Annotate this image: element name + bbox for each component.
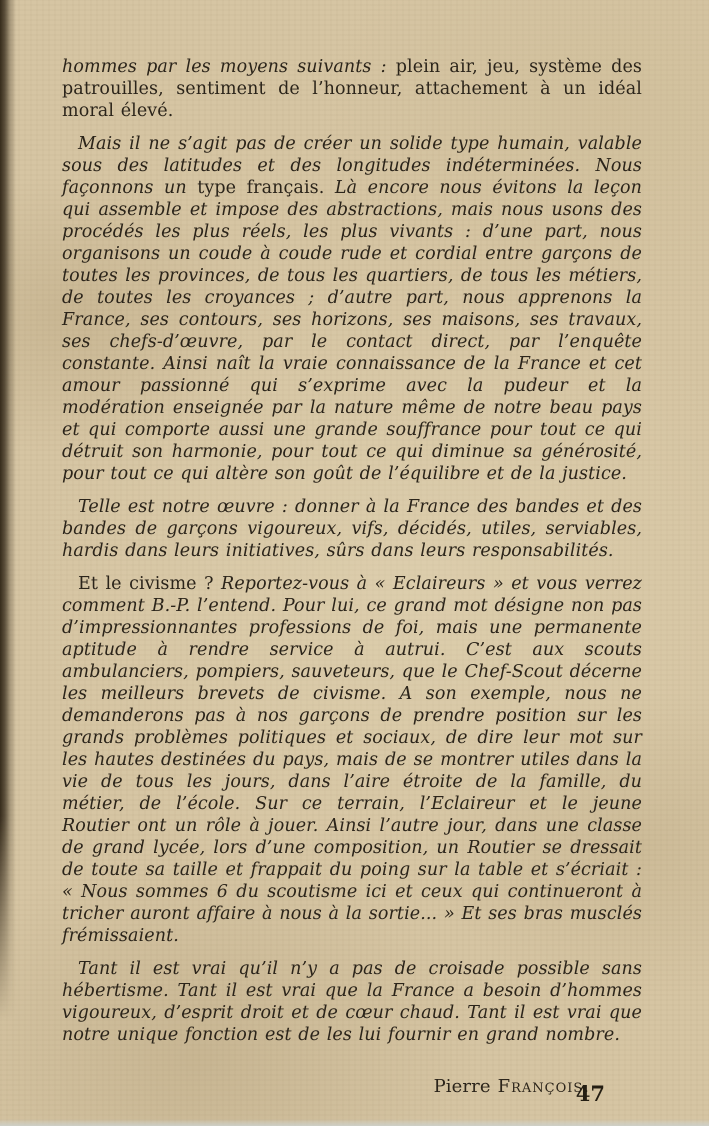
author-signature: PierreFrançois. bbox=[62, 1076, 642, 1098]
signature-first-name: Pierre bbox=[434, 1076, 491, 1097]
text-segment: Et le civisme ? bbox=[78, 574, 221, 594]
text-segment: hommes par les moyens suivants : bbox=[62, 57, 396, 77]
text-segment: type français. bbox=[197, 178, 324, 198]
paragraph: Mais il ne s’agit pas de créer un solide… bbox=[62, 133, 642, 485]
paragraph: hommes par les moyens suivants : plein a… bbox=[62, 56, 642, 122]
text-segment: Tant il est vrai qu’il n’y a pas de croi… bbox=[62, 959, 642, 1045]
paragraph: Et le civisme ? Reportez-vous à « Eclair… bbox=[62, 573, 642, 947]
text-segment: Là encore nous évitons la leçon qui asse… bbox=[62, 178, 642, 484]
book-page: hommes par les moyens suivants : plein a… bbox=[0, 0, 709, 1126]
text-segment: Telle est notre œuvre : donner à la Fran… bbox=[62, 497, 642, 561]
scan-bottom-edge bbox=[0, 1119, 709, 1126]
text-segment: Reportez-vous à « Eclaireurs » et vous v… bbox=[62, 574, 642, 946]
page-text: hommes par les moyens suivants : plein a… bbox=[62, 56, 642, 1098]
paragraph: Tant il est vrai qu’il n’y a pas de croi… bbox=[62, 958, 642, 1046]
page-number: 47 bbox=[576, 1081, 605, 1106]
page-gutter-shadow bbox=[0, 0, 16, 1020]
paragraph: Telle est notre œuvre : donner à la Fran… bbox=[62, 496, 642, 562]
